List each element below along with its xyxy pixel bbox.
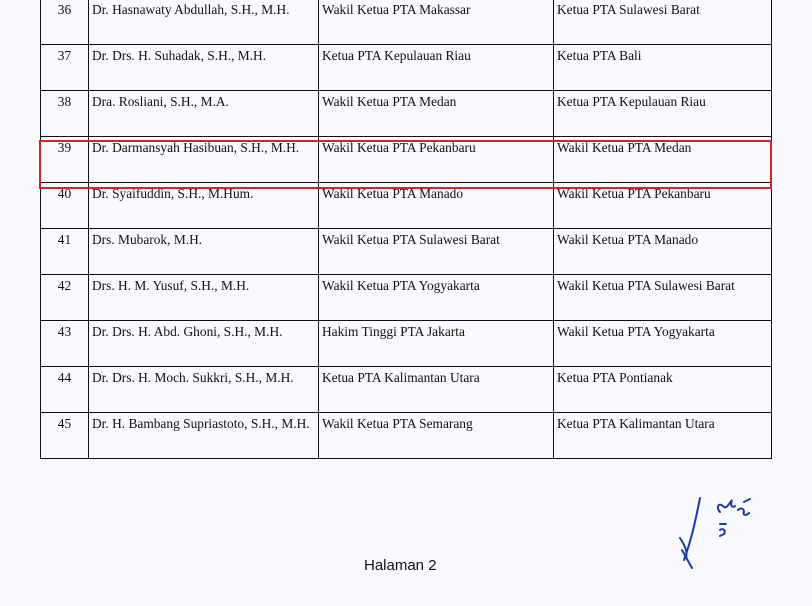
official-name-cell: Dr. H. Bambang Supriastoto, S.H., M.H. xyxy=(89,413,319,459)
current-position-cell: Wakil Ketua PTA Yogyakarta xyxy=(319,275,554,321)
document-page: 36Dr. Hasnawaty Abdullah, S.H., M.H.Waki… xyxy=(0,0,812,606)
row-number-cell: 37 xyxy=(41,45,89,91)
table-row: 41Drs. Mubarok, M.H.Wakil Ketua PTA Sula… xyxy=(41,229,772,275)
new-position-cell: Ketua PTA Sulawesi Barat xyxy=(554,0,772,45)
current-position-cell: Wakil Ketua PTA Sulawesi Barat xyxy=(319,229,554,275)
current-position-cell: Ketua PTA Kalimantan Utara xyxy=(319,367,554,413)
table-row: 43Dr. Drs. H. Abd. Ghoni, S.H., M.H.Haki… xyxy=(41,321,772,367)
table-row: 37Dr. Drs. H. Suhadak, S.H., M.H.Ketua P… xyxy=(41,45,772,91)
current-position-cell: Wakil Ketua PTA Manado xyxy=(319,183,554,229)
row-number-cell: 41 xyxy=(41,229,89,275)
new-position-cell: Ketua PTA Pontianak xyxy=(554,367,772,413)
official-name-cell: Dr. Darmansyah Hasibuan, S.H., M.H. xyxy=(89,137,319,183)
current-position-cell: Hakim Tinggi PTA Jakarta xyxy=(319,321,554,367)
table-row: 42Drs. H. M. Yusuf, S.H., M.H.Wakil Ketu… xyxy=(41,275,772,321)
table-row: 45Dr. H. Bambang Supriastoto, S.H., M.H.… xyxy=(41,413,772,459)
current-position-cell: Wakil Ketua PTA Pekanbaru xyxy=(319,137,554,183)
new-position-cell: Wakil Ketua PTA Yogyakarta xyxy=(554,321,772,367)
official-name-cell: Drs. H. M. Yusuf, S.H., M.H. xyxy=(89,275,319,321)
table-row: 39Dr. Darmansyah Hasibuan, S.H., M.H.Wak… xyxy=(41,137,772,183)
current-position-cell: Wakil Ketua PTA Medan xyxy=(319,91,554,137)
row-number-cell: 36 xyxy=(41,0,89,45)
row-number-cell: 45 xyxy=(41,413,89,459)
current-position-cell: Wakil Ketua PTA Semarang xyxy=(319,413,554,459)
page-number-footer: Halaman 2 xyxy=(364,557,437,574)
official-name-cell: Dra. Rosliani, S.H., M.A. xyxy=(89,91,319,137)
row-number-cell: 39 xyxy=(41,137,89,183)
new-position-cell: Wakil Ketua PTA Sulawesi Barat xyxy=(554,275,772,321)
new-position-cell: Wakil Ketua PTA Pekanbaru xyxy=(554,183,772,229)
new-position-cell: Wakil Ketua PTA Medan xyxy=(554,137,772,183)
table-row: 36Dr. Hasnawaty Abdullah, S.H., M.H.Waki… xyxy=(41,0,772,45)
official-name-cell: Dr. Drs. H. Moch. Sukkri, S.H., M.H. xyxy=(89,367,319,413)
handwritten-initials-signature xyxy=(670,488,765,573)
row-number-cell: 42 xyxy=(41,275,89,321)
table-row: 44Dr. Drs. H. Moch. Sukkri, S.H., M.H.Ke… xyxy=(41,367,772,413)
official-name-cell: Dr. Drs. H. Abd. Ghoni, S.H., M.H. xyxy=(89,321,319,367)
row-number-cell: 43 xyxy=(41,321,89,367)
new-position-cell: Wakil Ketua PTA Manado xyxy=(554,229,772,275)
row-number-cell: 44 xyxy=(41,367,89,413)
new-position-cell: Ketua PTA Kalimantan Utara xyxy=(554,413,772,459)
official-name-cell: Dr. Hasnawaty Abdullah, S.H., M.H. xyxy=(89,0,319,45)
official-name-cell: Dr. Syaifuddin, S.H., M.Hum. xyxy=(89,183,319,229)
new-position-cell: Ketua PTA Kepulauan Riau xyxy=(554,91,772,137)
personnel-rotation-table: 36Dr. Hasnawaty Abdullah, S.H., M.H.Waki… xyxy=(40,0,772,459)
row-number-cell: 40 xyxy=(41,183,89,229)
official-name-cell: Drs. Mubarok, M.H. xyxy=(89,229,319,275)
row-number-cell: 38 xyxy=(41,91,89,137)
official-name-cell: Dr. Drs. H. Suhadak, S.H., M.H. xyxy=(89,45,319,91)
current-position-cell: Ketua PTA Kepulauan Riau xyxy=(319,45,554,91)
new-position-cell: Ketua PTA Bali xyxy=(554,45,772,91)
table-row: 40Dr. Syaifuddin, S.H., M.Hum.Wakil Ketu… xyxy=(41,183,772,229)
table-row: 38Dra. Rosliani, S.H., M.A.Wakil Ketua P… xyxy=(41,91,772,137)
current-position-cell: Wakil Ketua PTA Makassar xyxy=(319,0,554,45)
